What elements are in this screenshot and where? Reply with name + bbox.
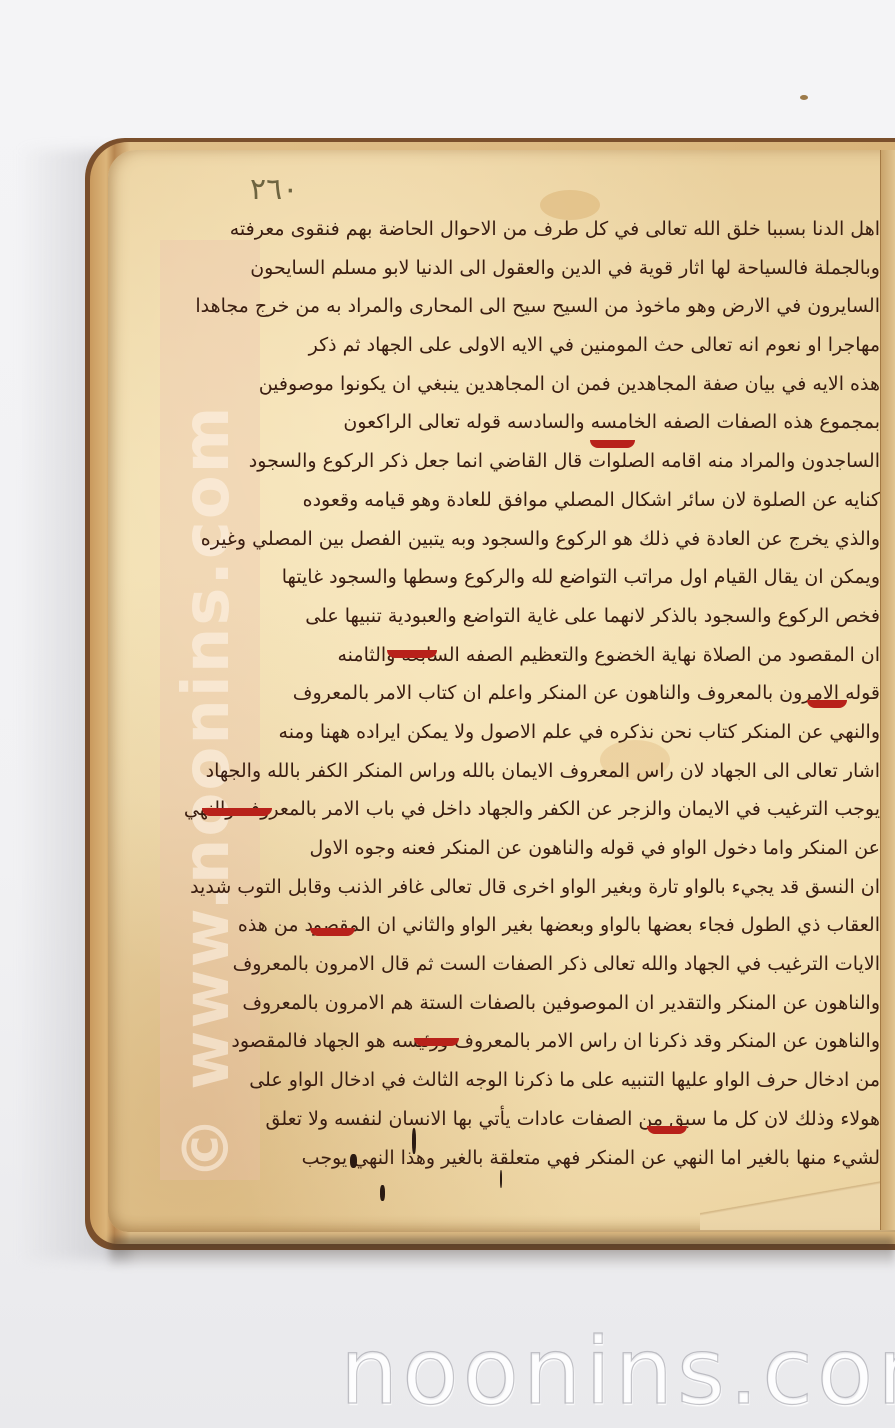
- rubric-mark: [387, 650, 437, 658]
- text-line: هذه الايه في بيان صفة المجاهدين فمن ان ا…: [185, 365, 880, 404]
- text-line: قوله الامرون بالمعروف والناهون عن المنكر…: [185, 674, 880, 713]
- folded-corner: [700, 1180, 880, 1230]
- text-line: الايات الترغيب في الجهاد والله تعالى ذكر…: [185, 945, 880, 984]
- right-page-edge: [880, 150, 895, 1230]
- text-line: ان النسق قد يجيء بالواو تارة وبغير الواو…: [185, 868, 880, 907]
- text-line: الساجدون والمراد منه اقامه الصلوات قال ا…: [185, 442, 880, 481]
- text-line: ويمكن ان يقال القيام اول مراتب التواضع ل…: [185, 558, 880, 597]
- text-line: من ادخال حرف الواو عليها التنبيه على ما …: [185, 1061, 880, 1100]
- rubric-mark: [647, 1126, 687, 1134]
- text-line: والناهون عن المنكر وقد ذكرنا ان راس الام…: [185, 1022, 880, 1061]
- text-line: عن المنكر واما دخول الواو في قوله والناه…: [185, 829, 880, 868]
- text-line: والذي يخرج عن العادة في ذلك هو الركوع وا…: [185, 520, 880, 559]
- footer-watermark: noonins.com: [340, 1318, 895, 1425]
- folio-number: ٢٦٠: [250, 172, 298, 207]
- ink-mark: [350, 1154, 357, 1168]
- rubric-mark: [310, 928, 355, 936]
- text-line: هولاء وذلك لان كل ما سبق من الصفات عادات…: [185, 1100, 880, 1139]
- rubric-mark: [590, 440, 635, 448]
- rubric-mark: [414, 1038, 459, 1046]
- text-line: فخص الركوع والسجود بالذكر لانهما على غاي…: [185, 597, 880, 636]
- bottom-shadow: [110, 1238, 895, 1268]
- text-line: اشار تعالى الى الجهاد لان راس المعروف ال…: [185, 752, 880, 791]
- rubric-mark: [202, 808, 272, 816]
- text-line: وبالجملة فالسياحة لها اثار قوية في الدين…: [185, 249, 880, 288]
- text-line: العقاب ذي الطول فجاء بعضها بالواو وبعضها…: [185, 906, 880, 945]
- manuscript-text: اهل الدنا بسببا خلق الله تعالى في كل طرف…: [185, 210, 880, 1177]
- text-line: ان المقصود من الصلاة نهاية الخضوع والتعظ…: [185, 636, 880, 675]
- text-line: بمجموع هذه الصفات الصفه الخامسه والسادسه…: [185, 403, 880, 442]
- text-line: اهل الدنا بسببا خلق الله تعالى في كل طرف…: [185, 210, 880, 249]
- text-line: السايرون في الارض وهو ماخوذ من السيح سيح…: [185, 287, 880, 326]
- text-line: والناهون عن المنكر والتقدير ان الموصوفين…: [185, 984, 880, 1023]
- ink-mark: [500, 1170, 502, 1188]
- text-line: مهاجرا او نعوم انه تعالى حث المومنين في …: [185, 326, 880, 365]
- text-line: لشيء منها بالغير اما النهي عن المنكر فهي…: [185, 1139, 880, 1178]
- text-line: كنايه عن الصلوة لان سائر اشكال المصلي مو…: [185, 481, 880, 520]
- text-line: يوجب الترغيب في الايمان والزجر عن الكفر …: [185, 790, 880, 829]
- ink-mark: [412, 1128, 416, 1154]
- rubric-mark: [807, 700, 847, 708]
- text-line: والنهي عن المنكر كتاب نحن نذكره في علم ا…: [185, 713, 880, 752]
- ink-mark: [380, 1185, 385, 1201]
- ink-stain: [800, 95, 808, 100]
